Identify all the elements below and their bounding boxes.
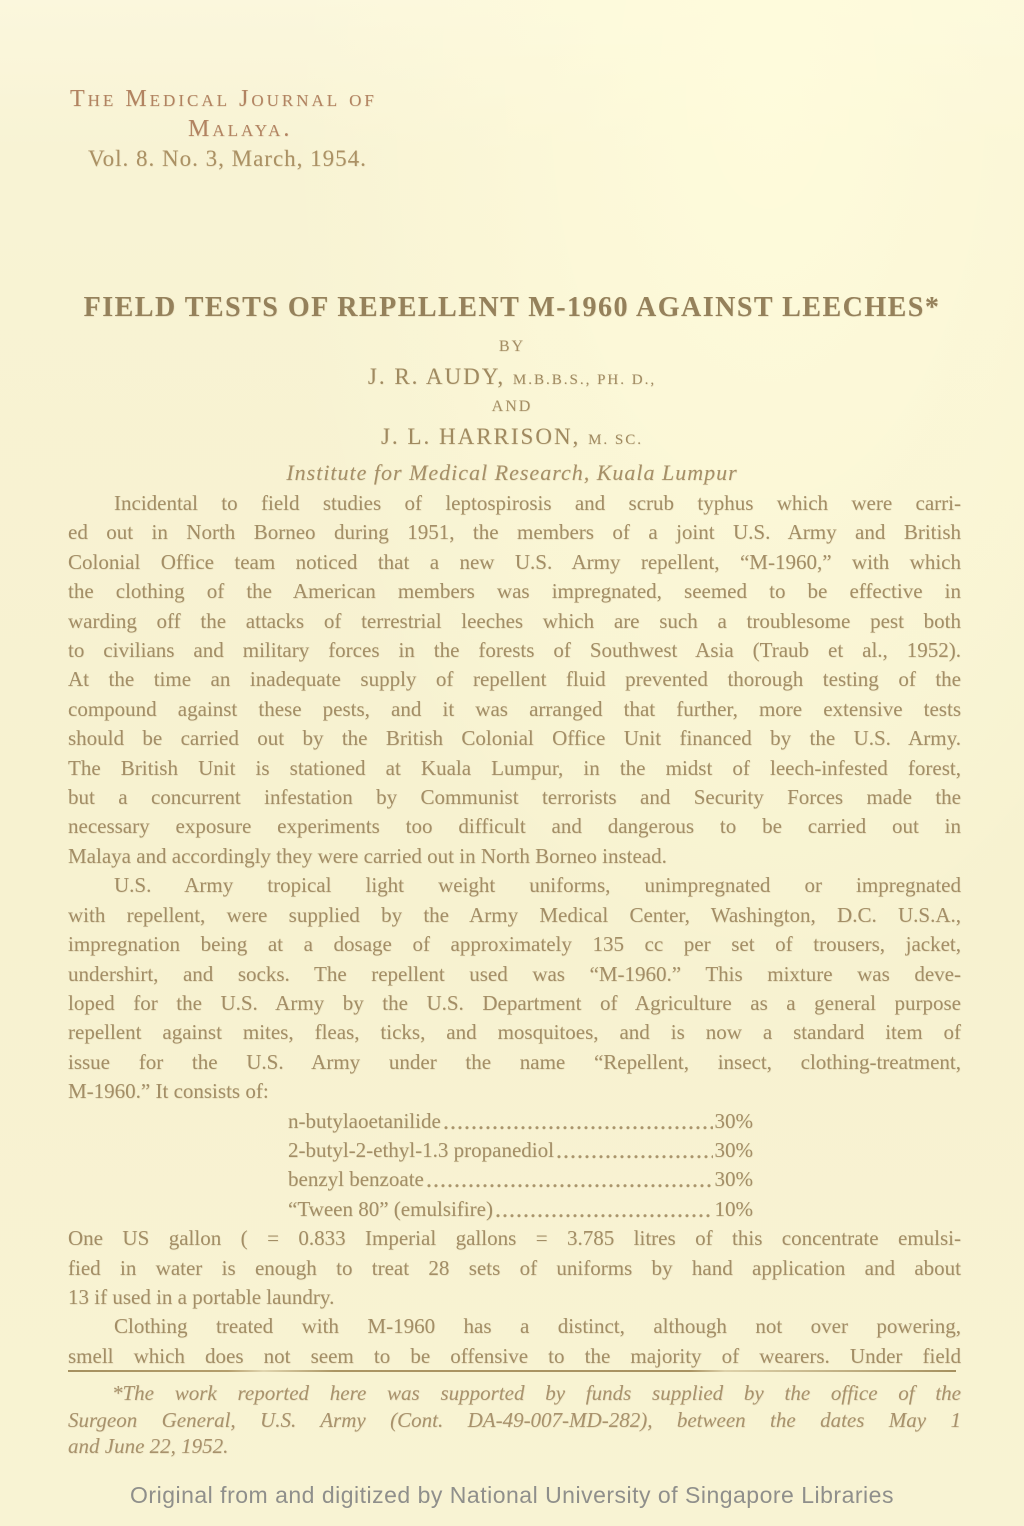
composition-list: n-butylaoetanilide 30% 2-butyl-2-ethyl-1… — [288, 1107, 753, 1225]
author-2-degrees: M. SC. — [588, 432, 643, 448]
dotted-leader — [495, 1195, 713, 1224]
body-line: necessary exposure experiments too diffi… — [68, 812, 961, 841]
and-label: AND — [0, 398, 1024, 416]
body-line: One US gallon ( = 0.833 Imperial gallons… — [68, 1224, 961, 1253]
title-block: FIELD TESTS OF REPELLENT M-1960 AGAINST … — [0, 292, 1024, 486]
body-line: ed out in North Borneo during 1951, the … — [68, 518, 961, 547]
body-line: to civilians and military forces in the … — [68, 636, 961, 665]
composition-item: “Tween 80” (emulsifire) 10% — [288, 1195, 753, 1224]
body-line: 13 if used in a portable laundry. — [68, 1283, 961, 1312]
dotted-leader — [443, 1107, 713, 1136]
footnote-line: *The work reported here was supported by… — [68, 1380, 961, 1407]
body-line: Colonial Office team noticed that a new … — [68, 548, 961, 577]
body-line: undershirt, and socks. The repellent use… — [68, 960, 961, 989]
footnote-line: Surgeon General, U.S. Army (Cont. DA-49-… — [68, 1407, 961, 1434]
body-line: compound against these pests, and it was… — [68, 695, 961, 724]
body-line: the clothing of the American members was… — [68, 577, 961, 606]
digitization-note: Original from and digitized by National … — [0, 1482, 1024, 1509]
body-line: The British Unit is stationed at Kuala L… — [68, 754, 961, 783]
body-line: smell which does not seem to be offensiv… — [68, 1342, 961, 1371]
body-line: warding off the attacks of terrestrial l… — [68, 607, 961, 636]
affiliation: Institute for Medical Research, Kuala Lu… — [0, 460, 1024, 486]
author-1: J. R. AUDY, M.B.B.S., PH. D., — [0, 364, 1024, 390]
composition-value: 30% — [715, 1107, 754, 1136]
composition-name: “Tween 80” (emulsifire) — [288, 1195, 493, 1224]
journal-name-line2: Malaya. — [188, 114, 377, 144]
author-1-degrees: M.B.B.S., PH. D., — [513, 372, 656, 388]
body-line: fied in water is enough to treat 28 sets… — [68, 1254, 961, 1283]
body-line: but a concurrent infestation by Communis… — [68, 783, 961, 812]
body-line: should be carried out by the British Col… — [68, 724, 961, 753]
footnote-line: and June 22, 1952. — [68, 1433, 961, 1460]
composition-item: n-butylaoetanilide 30% — [288, 1107, 753, 1136]
composition-name: 2-butyl-2-ethyl-1.3 propanediol — [288, 1136, 554, 1165]
footnote-divider — [68, 1370, 956, 1372]
footnote: *The work reported here was supported by… — [68, 1380, 961, 1460]
composition-item: benzyl benzoate 30% — [288, 1165, 753, 1194]
composition-name: benzyl benzoate — [288, 1165, 424, 1194]
body-line: issue for the U.S. Army under the name “… — [68, 1048, 961, 1077]
article-title: FIELD TESTS OF REPELLENT M-1960 AGAINST … — [0, 292, 1024, 324]
composition-value: 30% — [715, 1136, 754, 1165]
body-line: Clothing treated with M-1960 has a disti… — [68, 1312, 961, 1341]
body-line: U.S. Army tropical light weight uniforms… — [68, 871, 961, 900]
composition-item: 2-butyl-2-ethyl-1.3 propanediol 30% — [288, 1136, 753, 1165]
body-line: with repellent, were supplied by the Arm… — [68, 901, 961, 930]
body-line: Incidental to field studies of leptospir… — [68, 489, 961, 518]
by-label: BY — [0, 338, 1024, 356]
composition-name: n-butylaoetanilide — [288, 1107, 441, 1136]
body-line: At the time an inadequate supply of repe… — [68, 665, 961, 694]
composition-value: 30% — [715, 1165, 754, 1194]
article-body: Incidental to field studies of leptospir… — [68, 489, 961, 1371]
dotted-leader — [556, 1136, 713, 1165]
author-2-name: J. L. HARRISON, — [381, 424, 580, 449]
volume-issue-date: Vol. 8. No. 3, March, 1954. — [88, 144, 377, 174]
body-line: impregnation being at a dosage of approx… — [68, 930, 961, 959]
composition-value: 10% — [715, 1195, 754, 1224]
body-line: Malaya and accordingly they were carried… — [68, 842, 961, 871]
dotted-leader — [426, 1165, 713, 1194]
journal-name-line1: The Medical Journal of — [70, 84, 377, 114]
body-line: repellent against mites, fleas, ticks, a… — [68, 1018, 961, 1047]
author-1-name: J. R. AUDY, — [368, 364, 505, 389]
author-2: J. L. HARRISON, M. SC. — [0, 424, 1024, 450]
masthead: The Medical Journal of Malaya. Vol. 8. N… — [70, 84, 377, 174]
body-line: M-1960.” It consists of: — [68, 1077, 961, 1106]
body-line: loped for the U.S. Army by the U.S. Depa… — [68, 989, 961, 1018]
scanned-journal-page: The Medical Journal of Malaya. Vol. 8. N… — [0, 0, 1024, 1526]
